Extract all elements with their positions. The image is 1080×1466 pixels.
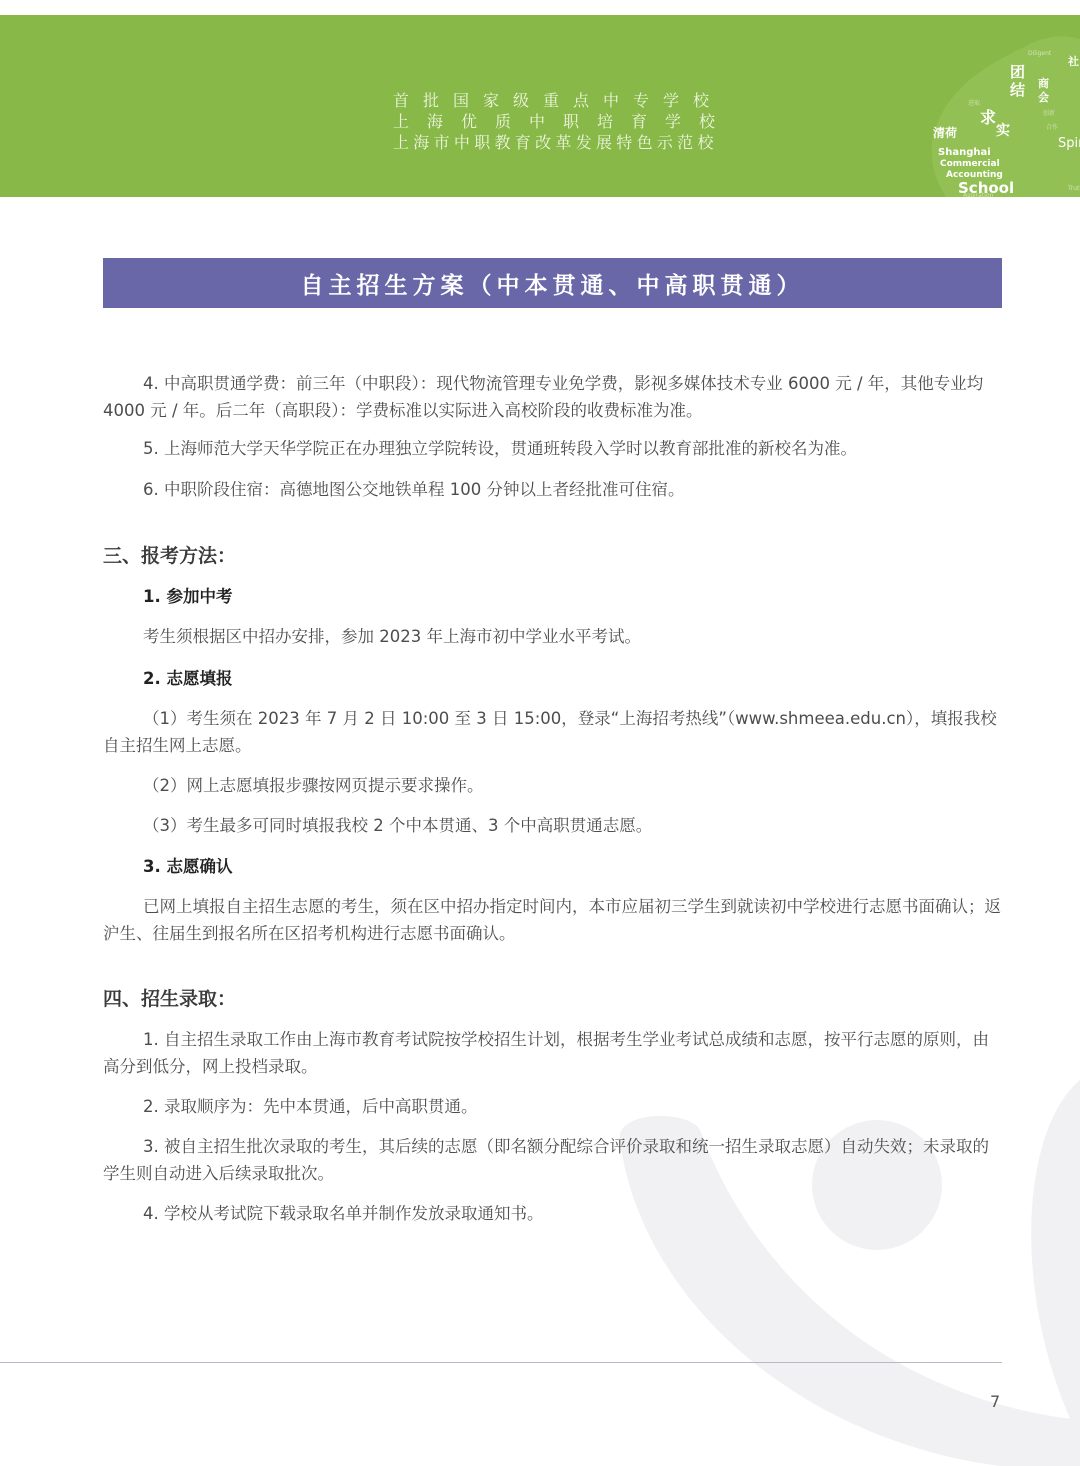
svg-text:结: 结: [1010, 81, 1025, 99]
honor-line: 上海市中职教育改革发展特色示范校: [393, 132, 715, 153]
wordcloud-leaf-logo-icon: 团 结 求 实 商 会 清荷 Spirit Shanghai Commercia…: [928, 25, 1080, 197]
preference-item: （1）考生须在 2023 年 7 月 2 日 10:00 至 3 日 15:00…: [103, 705, 1003, 759]
svg-text:进取: 进取: [968, 99, 980, 107]
svg-text:创新: 创新: [1043, 109, 1055, 117]
svg-text:团: 团: [1010, 63, 1025, 81]
svg-text:Truth: Truth: [1067, 185, 1080, 192]
svg-text:Commercial: Commercial: [940, 159, 1000, 169]
honor-line: 首批国家级重点中专学校: [393, 90, 715, 111]
svg-text:实: 实: [996, 122, 1010, 139]
admission-item: 1. 自主招生录取工作由上海市教育考试院按学校招生计划，根据考生学业考试总成绩和…: [103, 1026, 1003, 1080]
svg-text:清荷: 清荷: [933, 125, 957, 140]
section-heading-admission: 四、招生录取：: [103, 986, 1003, 1013]
admission-item: 2. 录取顺序为：先中本贯通，后中高职贯通。: [103, 1093, 1003, 1120]
svg-text:Shanghai: Shanghai: [938, 147, 991, 158]
admission-item: 4. 学校从考试院下载录取名单并制作发放录取通知书。: [103, 1200, 1003, 1227]
page-title: 自主招生方案（中本贯通、中高职贯通）: [301, 267, 805, 300]
svg-text:Diligent: Diligent: [1028, 50, 1052, 57]
svg-text:社: 社: [1067, 54, 1079, 68]
admission-item: 3. 被自主招生批次录取的考生，其后续的志愿（即名额分配综合评价录取和统一招生录…: [103, 1133, 1003, 1187]
school-honors: 首批国家级重点中专学校 上海优质中职培育学校 上海市中职教育改革发展特色示范校: [393, 90, 715, 153]
fee-paragraph: 4. 中高职贯通学费：前三年（中职段）：现代物流管理专业免学费，影视多媒体技术专…: [103, 370, 1003, 424]
section-title-bar: 自主招生方案（中本贯通、中高职贯通）: [103, 258, 1002, 308]
honor-line: 上海优质中职培育学校: [393, 111, 715, 132]
svg-text:求: 求: [980, 108, 996, 127]
confirmation-paragraph: 已网上填报自主招生志愿的考生，须在区中招办指定时间内，本市应届初三学生到就读初中…: [103, 893, 1003, 947]
svg-text:商: 商: [1038, 76, 1049, 90]
section-heading-application: 三、报考方法：: [103, 543, 1003, 570]
page-number: 7: [990, 1392, 1000, 1411]
header-banner: 首批国家级重点中专学校 上海优质中职培育学校 上海市中职教育改革发展特色示范校 …: [0, 15, 1080, 197]
svg-text:Aspiration: Aspiration: [963, 192, 994, 197]
preference-item: （2）网上志愿填报步骤按网页提示要求操作。: [103, 772, 1003, 799]
subheading-confirmation: 3. 志愿确认: [143, 853, 1003, 880]
svg-text:会: 会: [1038, 90, 1049, 104]
preference-item: （3）考生最多可同时填报我校 2 个中本贯通、3 个中高职贯通志愿。: [103, 812, 1003, 839]
school-rename-paragraph: 5. 上海师范大学天华学院正在办理独立学院转设，贯通班转段入学时以教育部批准的新…: [103, 435, 1003, 462]
subheading-exam: 1. 参加中考: [143, 583, 1003, 610]
accommodation-paragraph: 6. 中职阶段住宿：高德地图公交地铁单程 100 分钟以上者经批准可住宿。: [103, 476, 1003, 503]
svg-text:合作: 合作: [1046, 123, 1058, 131]
svg-text:Spirit: Spirit: [1058, 136, 1080, 151]
footer-divider: [0, 1362, 1002, 1363]
subheading-preferences: 2. 志愿填报: [143, 665, 1003, 692]
exam-paragraph: 考生须根据区中招办安排，参加 2023 年上海市初中学业水平考试。: [103, 623, 1003, 650]
